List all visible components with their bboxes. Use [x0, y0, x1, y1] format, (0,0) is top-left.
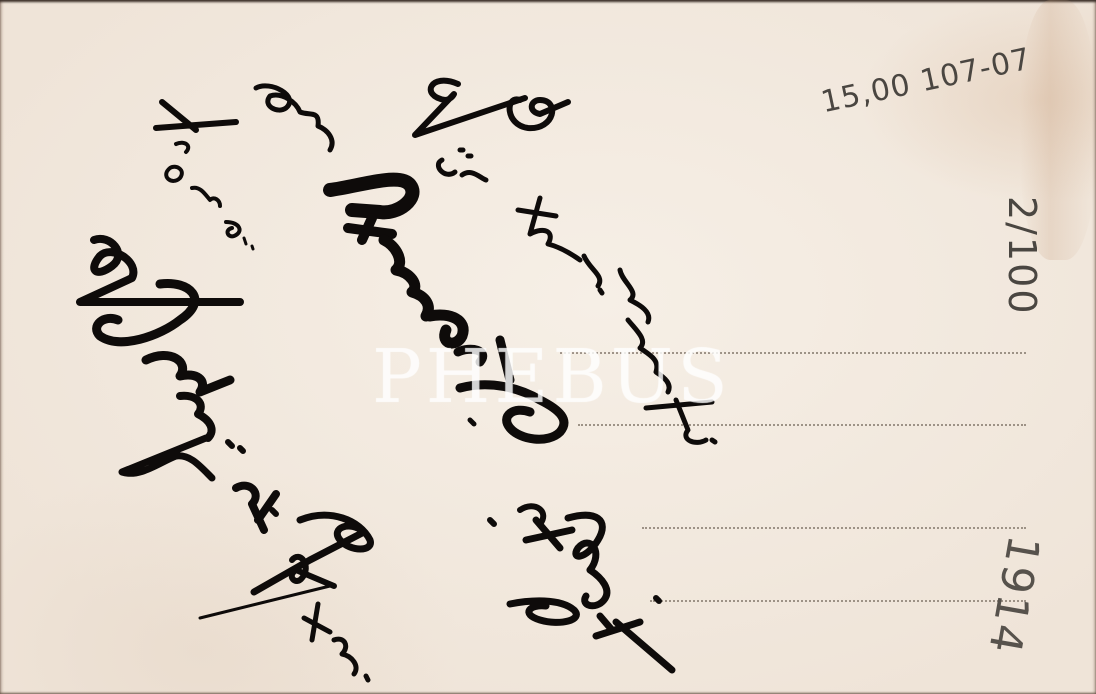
ink-handwriting	[0, 0, 1096, 694]
pencil-reference: 2/100	[1000, 196, 1044, 316]
postcard-back: Vër kujtim të dashtunës Shoqe Qëndrushe …	[0, 0, 1096, 694]
handwriting-line-4	[156, 102, 253, 249]
handwriting-line-2	[256, 86, 564, 439]
handwriting-line-3	[490, 506, 672, 670]
handwriting-signature	[80, 239, 370, 680]
